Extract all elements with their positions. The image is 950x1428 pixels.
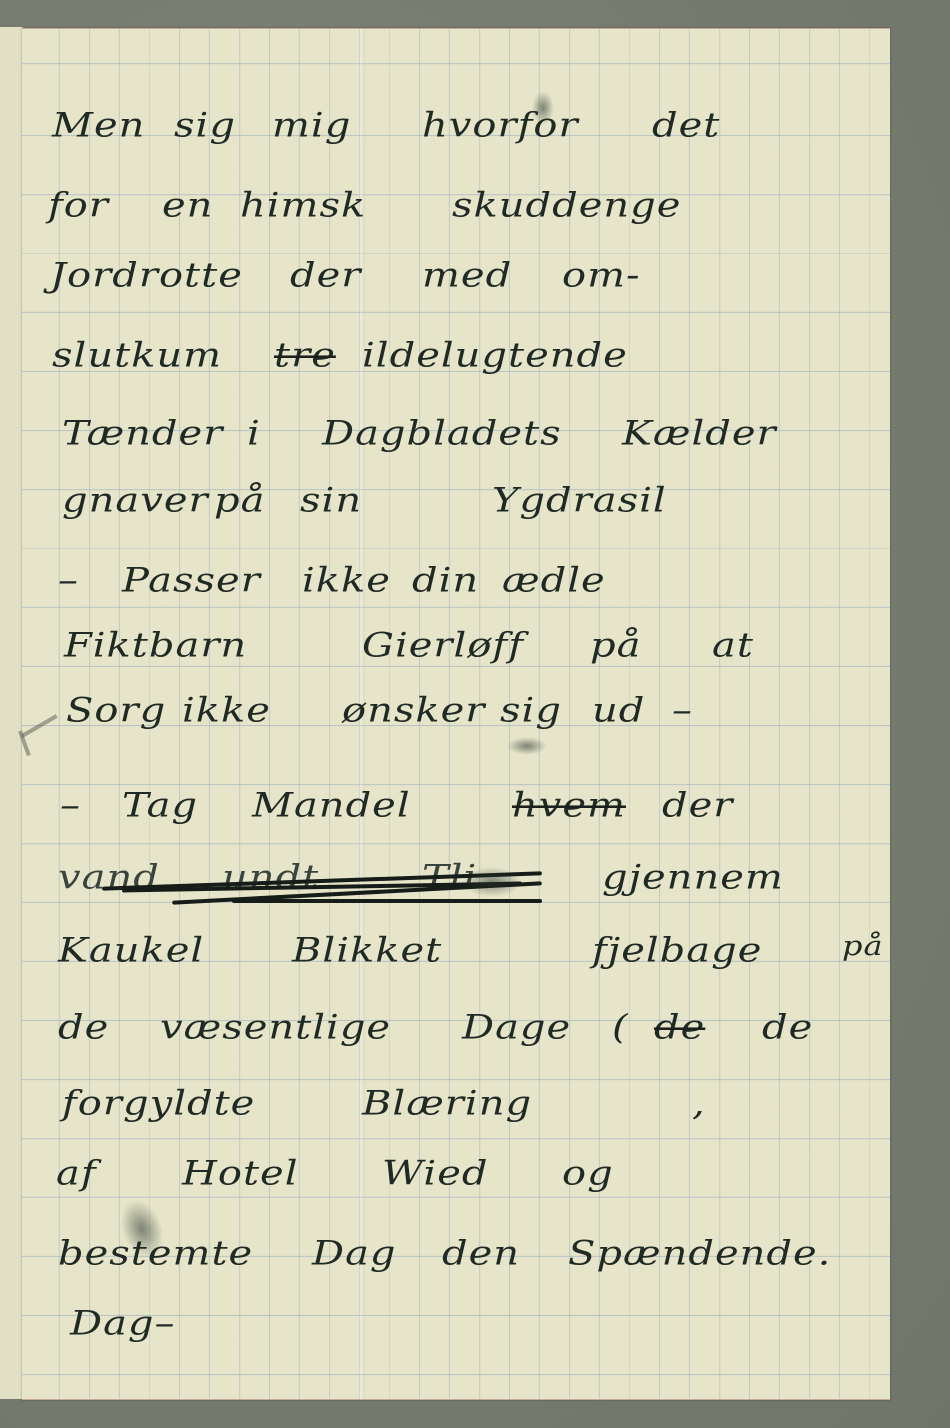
word: i — [247, 414, 261, 453]
word: Mandel — [252, 786, 411, 825]
word: Kælder — [622, 414, 777, 453]
word: og — [562, 1154, 614, 1193]
word: skuddenge — [452, 186, 681, 225]
word: gnaver — [62, 481, 209, 520]
ink-smudge — [532, 91, 554, 125]
word: væsentlige — [160, 1008, 391, 1047]
word: – — [58, 561, 79, 600]
word: på — [590, 626, 641, 665]
word: på — [842, 930, 884, 962]
ink-blot — [462, 867, 522, 897]
word: Spændende. — [568, 1234, 831, 1273]
word: af — [56, 1154, 97, 1193]
word: fjelbage — [592, 931, 762, 970]
word: slutkum — [52, 336, 222, 375]
word: ikke — [302, 561, 391, 600]
struck-word: de — [654, 1008, 705, 1047]
word: Dage — [462, 1008, 571, 1047]
word: der — [290, 256, 361, 295]
word: Sorg — [66, 691, 166, 730]
word: forgyldte — [62, 1084, 255, 1123]
word: Jordrotte — [50, 256, 243, 295]
word: himsk — [240, 186, 366, 225]
word: med — [422, 256, 512, 295]
handwriting-line-13: de væsentlige Dage ( de de — [22, 1001, 890, 1071]
word: om- — [562, 256, 641, 295]
handwriting-line-16: bestemte Dag den Spændende. — [22, 1227, 890, 1297]
struck-word: hvem — [512, 786, 626, 825]
word: Passer — [122, 561, 261, 600]
word: det — [652, 106, 720, 145]
word: gjennem — [602, 858, 784, 897]
word: ud — [592, 691, 645, 730]
word: hvorfor — [422, 106, 579, 145]
word: de — [58, 1008, 109, 1047]
word: , — [692, 1084, 706, 1123]
handwriting-line-12: Kaukel Blikket fjelbage på — [22, 924, 890, 994]
word: for — [48, 186, 109, 225]
handwriting-line-3: Jordrotte der med om- — [22, 249, 890, 319]
handwriting-line-10: – Tag Mandel hvem der — [22, 779, 890, 849]
strikethrough-scribble — [232, 899, 542, 903]
letter-page: Men sig mig hvorfor det for en himsk sku… — [22, 28, 890, 1400]
ink-blot — [507, 737, 547, 755]
word: Hotel — [182, 1154, 299, 1193]
word: der — [662, 786, 733, 825]
struck-word: tre — [274, 336, 336, 375]
word: sig — [174, 106, 236, 145]
handwriting-line-9: Sorg ikke ønsker sig ud – — [22, 684, 890, 754]
word: bestemte — [58, 1234, 253, 1273]
word: en — [162, 186, 213, 225]
handwriting-line-14: forgyldte Blæring , — [22, 1077, 890, 1147]
handwriting-line-5: Tænder i Dagbladets Kælder — [22, 407, 890, 477]
word: Men — [52, 106, 145, 145]
word: ildelugtende — [362, 336, 628, 375]
facing-page-edge — [0, 27, 23, 1399]
word: ønsker — [342, 691, 485, 730]
word: Blikket — [292, 931, 442, 970]
handwriting-line-6: gnaver på sin Ygdrasil — [22, 474, 890, 544]
word: Fiktbarn — [64, 626, 247, 665]
handwriting-line-1: Men sig mig hvorfor det — [22, 99, 890, 169]
word: sig — [500, 691, 562, 730]
word: de — [762, 1008, 813, 1047]
word: Kaukel — [58, 931, 204, 970]
handwriting-line-2: for en himsk skuddenge — [22, 179, 890, 249]
word: den — [442, 1234, 520, 1273]
word: Gierløff — [362, 626, 524, 665]
word: – — [672, 691, 693, 730]
word: Dag — [312, 1234, 397, 1273]
word: Ygdrasil — [492, 481, 667, 520]
word: ædle — [502, 561, 606, 600]
word: – — [60, 786, 81, 825]
struck-word: undt — [222, 858, 319, 897]
handwriting-line-8: Fiktbarn Gierløff på at — [22, 619, 890, 689]
word: din — [412, 561, 479, 600]
handwriting-line-17: Dag– — [22, 1297, 890, 1367]
handwriting-line-4: slutkum tre ildelugtende — [22, 329, 890, 399]
word: mig — [272, 106, 351, 145]
word: på — [214, 481, 265, 520]
word: Blæring — [362, 1084, 532, 1123]
word: Tænder — [62, 414, 223, 453]
signoff-word: Dag– — [70, 1304, 176, 1343]
word: Tag — [122, 786, 198, 825]
word: sin — [300, 481, 362, 520]
word: Wied — [382, 1154, 488, 1193]
word: ( — [612, 1008, 629, 1047]
word: Dagbladets — [322, 414, 562, 453]
word: ikke — [182, 691, 271, 730]
handwriting-line-7: – Passer ikke din ædle — [22, 554, 890, 624]
handwriting-line-15: af Hotel Wied og — [22, 1147, 890, 1217]
word: at — [712, 626, 754, 665]
